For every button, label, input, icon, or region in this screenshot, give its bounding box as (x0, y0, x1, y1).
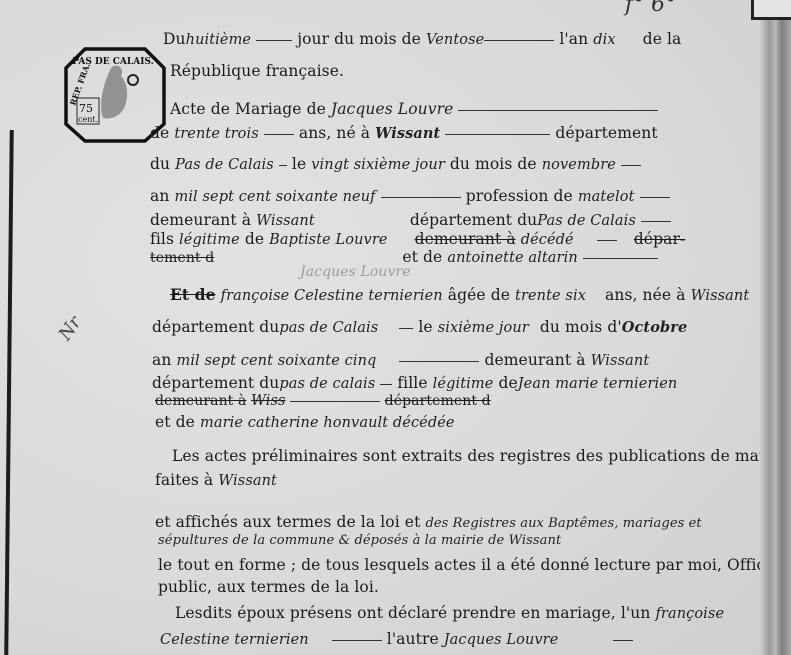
year-value: dix (593, 32, 615, 48)
svg-text:REP. FRA.: REP. FRA. (67, 61, 92, 106)
groom-mother-name: antoinette altarin (447, 250, 577, 266)
corner-frame (751, 0, 791, 20)
day-value: huitième (186, 32, 252, 48)
line-struck-residence: demeurant à Wiss département d (155, 393, 491, 409)
struck-demeurant: demeurant à (155, 393, 246, 409)
svg-text:75: 75 (79, 102, 93, 115)
month-value: Ventose (426, 32, 484, 48)
groom-father-name: Baptiste Louvre (269, 232, 387, 248)
label-du-mois: du mois d' (540, 318, 622, 336)
struck-tement: tement d (150, 250, 214, 266)
line-republique: République française. (170, 62, 344, 80)
line-acte: Acte de Mariage de Jacques Louvre (170, 100, 658, 118)
label-le: le (418, 318, 432, 336)
bride-birth-dept: pas de Calais (279, 320, 378, 336)
groom-profession: matelot (578, 189, 635, 205)
label-acte-mariage: Acte de Mariage de (170, 100, 326, 118)
line-groom-father: fils légitime de Baptiste Louvre demeura… (150, 230, 685, 248)
line-spouses: Celestine ternierien l'autre Jacques Lou… (160, 630, 633, 648)
line-sepultures: sépultures de la commune & déposés à la … (158, 533, 561, 548)
label-agee-de: âgée de (448, 286, 510, 304)
label-demeurant-a: demeurant à (484, 351, 585, 369)
line-declaration: Lesdits époux présens ont déclaré prendr… (175, 604, 724, 622)
label-departement-du: département du (152, 318, 279, 336)
label-de-la: de la (643, 30, 682, 48)
label-an: an (150, 187, 169, 205)
groom-father-status: décédé (521, 232, 574, 248)
spouse-one-rest: Celestine ternierien (160, 632, 309, 648)
line-groom-residence: demeurant à Wissant département duPas de… (150, 211, 671, 229)
label-departement-du: département du (410, 211, 537, 229)
groom-residence-dept: Pas de Calais (537, 213, 636, 229)
label-le: le (292, 155, 306, 173)
spouse-one-first: françoise (655, 606, 724, 622)
label-du-mois-de: du mois de (450, 155, 537, 173)
line-public: public, aux termes de la loi. (158, 578, 379, 596)
line-date: Duhuitième jour du mois de Ventose l'an … (163, 30, 681, 48)
label-faites-a: faites à (155, 471, 213, 489)
bride-birthplace: Wissant (691, 288, 750, 304)
groom-birth-month: novembre (542, 157, 616, 173)
label-jour-mois: jour du mois de (297, 30, 421, 48)
line-bride-birth: département dupas de Calais le sixième j… (152, 318, 687, 336)
line-bride-year: an mil sept cent soixante cinq demeurant… (152, 351, 649, 369)
label-departement: département (555, 124, 657, 142)
label-de: de (498, 374, 517, 392)
label-demeurant: demeurant à (150, 211, 251, 229)
folio-mark: f° 6° (625, 0, 676, 17)
bride-father-name: Jean marie ternierien (518, 376, 678, 392)
registers-note: des Registres aux Baptêmes, mariages et (425, 516, 701, 531)
document-page: f° 6° PAS DE CALAIS. REP. FRA. 75 cent. … (0, 0, 760, 655)
bride-birth-year: mil sept cent soixante cinq (176, 353, 376, 369)
line-lecture: le tout en forme ; de tous lesquels acte… (158, 556, 787, 574)
struck-departement: département d (385, 393, 491, 409)
line-bride-mother: et de marie catherine honvault décédée (155, 413, 455, 431)
label-nee-a: ans, née à (605, 286, 686, 304)
label-profession: profession de (466, 187, 573, 205)
groom-birthplace: Wissant (375, 125, 440, 142)
label-an: l'an (559, 30, 588, 48)
struck-wiss: Wiss (251, 393, 286, 409)
label-lesdits-epoux: Lesdits époux présens ont déclaré prendr… (175, 604, 650, 622)
groom-birth-year: mil sept cent soixante neuf (174, 189, 375, 205)
faint-bleed-text: Jacques Louvre (300, 264, 411, 280)
label-du: Du (163, 30, 186, 48)
bride-legitimacy: légitime (433, 376, 494, 392)
groom-residence: Wissant (256, 213, 315, 229)
groom-legitimacy: légitime (179, 232, 240, 248)
label-et-de: et de (155, 413, 195, 431)
label-du: du (150, 155, 170, 173)
margin-note: Nr (55, 313, 86, 345)
label-fils: fils (150, 230, 174, 248)
bride-residence-dept: pas de calais (279, 376, 375, 392)
groom-birth-dept: Pas de Calais (175, 157, 274, 173)
label-an: an (152, 351, 171, 369)
groom-birth-day: vingt sixième jour (311, 157, 445, 173)
struck-et-de: Et de (170, 285, 216, 304)
line-groom-year: an mil sept cent soixante neuf professio… (150, 187, 670, 205)
bride-mother-name: marie catherine honvault décédée (200, 415, 455, 431)
margin-rule (4, 130, 13, 655)
svg-text:cent.: cent. (78, 115, 98, 124)
bride-age: trente six (515, 288, 586, 304)
label-de: de (150, 124, 169, 142)
bride-name: françoise Celestine ternierien (221, 288, 443, 304)
bride-birth-month: Octobre (622, 319, 688, 336)
line-groom-birth: du Pas de Calais le vingt sixième jour d… (150, 155, 641, 173)
label-de: de (245, 230, 264, 248)
line-publications: Les actes préliminaires sont extraits de… (172, 447, 791, 465)
line-bride-name: Et de françoise Celestine ternierien âgé… (170, 285, 749, 304)
struck-depar: dépar- (634, 230, 686, 248)
line-groom-age: de trente trois ans, né à Wissant départ… (150, 124, 658, 142)
label-departement-du: département du (152, 374, 279, 392)
groom-name: Jacques Louvre (331, 100, 453, 118)
label-ne-a: ans, né à (299, 124, 370, 142)
line-faites-a: faites à Wissant (155, 471, 277, 489)
book-spine (760, 0, 791, 655)
label-fille: fille (397, 374, 427, 392)
struck-demeurant: demeurant à (415, 230, 516, 248)
publication-place: Wissant (218, 473, 277, 489)
line-affiches: et affichés aux termes de la loi et des … (155, 513, 702, 531)
line-bride-father: département dupas de calais fille légiti… (152, 374, 677, 392)
label-l-autre: l'autre (387, 630, 439, 648)
bride-birth-day: sixième jour (438, 320, 529, 336)
spouse-two: Jacques Louvre (444, 632, 559, 648)
label-affiches: et affichés aux termes de la loi et (155, 513, 420, 531)
bride-residence: Wissant (591, 353, 650, 369)
groom-age: trente trois (174, 126, 258, 142)
